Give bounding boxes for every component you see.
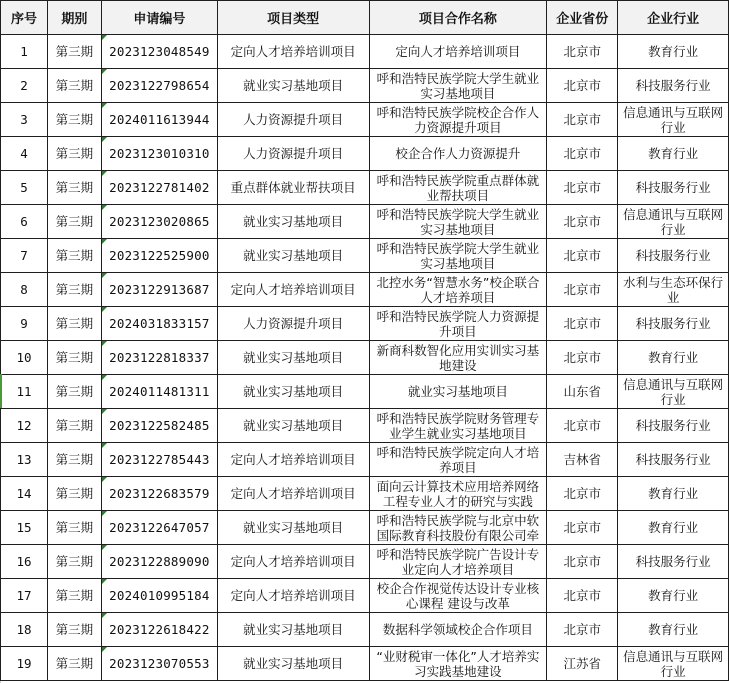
application-code-text: 2023122618422: [109, 622, 209, 637]
table-row: 13第三期2023122785443定向人才培养培训项目呼和浩特民族学院定向人才…: [1, 443, 729, 477]
application-code-cell[interactable]: 2023122818337: [101, 341, 217, 375]
table-row: 8第三期2023122913687定向人才培养培训项目北控水务“智慧水务”校企联…: [1, 273, 729, 307]
industry-cell[interactable]: 信息通讯与互联网行业: [618, 375, 729, 409]
province-cell[interactable]: 北京市: [547, 613, 618, 647]
number-as-text-marker-icon: [102, 205, 107, 210]
province-cell[interactable]: 北京市: [547, 171, 618, 205]
project-name-cell[interactable]: 呼和浩特民族学院财务管理专业学生就业实习基地项目: [369, 409, 547, 443]
table-row: 1第三期2023123048549定向人才培养培训项目定向人才培养培训项目北京市…: [1, 35, 729, 69]
number-as-text-marker-icon: [102, 171, 107, 176]
project-type-cell[interactable]: 就业实习基地项目: [217, 239, 369, 273]
application-code-text: 2023122798654: [109, 78, 209, 93]
project-type-cell[interactable]: 人力资源提升项目: [217, 103, 369, 137]
project-name-cell[interactable]: 呼和浩特民族学院大学生就业实习基地项目: [369, 239, 547, 273]
table-row: 10第三期2023122818337就业实习基地项目新商科数智化应用实训实习基地…: [1, 341, 729, 375]
application-code-cell[interactable]: 2023122781402: [101, 171, 217, 205]
project-name-cell[interactable]: 呼和浩特民族学院重点群体就业帮扶项目: [369, 171, 547, 205]
row-number-cell[interactable]: 16: [1, 545, 48, 579]
row-number-cell[interactable]: 18: [1, 613, 48, 647]
number-as-text-marker-icon: [102, 647, 107, 652]
project-name-cell[interactable]: 新商科数智化应用实训实习基地建设: [369, 341, 547, 375]
application-code-text: 2024011481311: [109, 384, 209, 399]
row-number-cell[interactable]: 6: [1, 205, 48, 239]
number-as-text-marker-icon: [102, 613, 107, 618]
table-row: 18第三期2023122618422就业实习基地项目数据科学领域校企合作项目北京…: [1, 613, 729, 647]
row-number-cell[interactable]: 1: [1, 35, 48, 69]
header-cell-no[interactable]: 序号: [1, 1, 48, 35]
industry-cell[interactable]: 科技服务行业: [618, 409, 729, 443]
number-as-text-marker-icon: [102, 35, 107, 40]
industry-cell[interactable]: 科技服务行业: [618, 443, 729, 477]
application-code-text: 2024010995184: [109, 588, 209, 603]
province-cell[interactable]: 北京市: [547, 511, 618, 545]
industry-cell[interactable]: 科技服务行业: [618, 307, 729, 341]
project-type-cell[interactable]: 定向人才培养培训项目: [217, 35, 369, 69]
project-name-cell[interactable]: 定向人才培养培训项目: [369, 35, 547, 69]
number-as-text-marker-icon: [102, 477, 107, 482]
project-name-cell[interactable]: 校企合作人力资源提升: [369, 137, 547, 171]
row-number-cell[interactable]: 9: [1, 307, 48, 341]
application-code-text: 2023122889090: [109, 554, 209, 569]
application-code-cell[interactable]: 2024011613944: [101, 103, 217, 137]
industry-cell[interactable]: 科技服务行业: [618, 239, 729, 273]
number-as-text-marker-icon: [102, 307, 107, 312]
period-cell[interactable]: 第三期: [47, 409, 101, 443]
project-type-cell[interactable]: 就业实习基地项目: [217, 341, 369, 375]
number-as-text-marker-icon: [102, 341, 107, 346]
period-cell[interactable]: 第三期: [47, 205, 101, 239]
project-name-cell[interactable]: 呼和浩特民族学院大学生就业实习基地项目: [369, 69, 547, 103]
industry-cell[interactable]: 信息通讯与互联网行业: [618, 103, 729, 137]
table-row: 9第三期2024031833157人力资源提升项目呼和浩特民族学院人力资源提升项…: [1, 307, 729, 341]
industry-cell[interactable]: 教育行业: [618, 35, 729, 69]
row-selection-indicator: [0, 374, 2, 408]
header-cell-type[interactable]: 项目类型: [217, 1, 369, 35]
application-code-cell[interactable]: 2023122618422: [101, 613, 217, 647]
project-type-cell[interactable]: 就业实习基地项目: [217, 69, 369, 103]
project-name-cell[interactable]: 面向云计算技术应用培养网络工程专业人才的研究与实践: [369, 477, 547, 511]
application-code-cell[interactable]: 2023123020865: [101, 205, 217, 239]
project-type-cell[interactable]: 就业实习基地项目: [217, 409, 369, 443]
application-code-cell[interactable]: 2023123010310: [101, 137, 217, 171]
application-code-cell[interactable]: 2023122647057: [101, 511, 217, 545]
project-type-cell[interactable]: 人力资源提升项目: [217, 307, 369, 341]
industry-cell[interactable]: 教育行业: [618, 137, 729, 171]
header-cell-industry[interactable]: 企业行业: [618, 1, 729, 35]
number-as-text-marker-icon: [102, 409, 107, 414]
row-number-cell[interactable]: 7: [1, 239, 48, 273]
period-cell[interactable]: 第三期: [47, 35, 101, 69]
project-name-cell[interactable]: 呼和浩特民族学院广告设计专业定向人才培养项目: [369, 545, 547, 579]
province-cell[interactable]: 北京市: [547, 103, 618, 137]
row-number-cell[interactable]: 10: [1, 341, 48, 375]
province-cell[interactable]: 北京市: [547, 137, 618, 171]
industry-cell[interactable]: 水利与生态环保行业: [618, 273, 729, 307]
industry-cell[interactable]: 教育行业: [618, 341, 729, 375]
project-type-cell[interactable]: 定向人才培养培训项目: [217, 443, 369, 477]
spreadsheet-sheet: 序号 期别 申请编号 项目类型 项目合作名称 企业省份 企业行业 1第三期202…: [0, 0, 729, 683]
industry-cell[interactable]: 科技服务行业: [618, 69, 729, 103]
application-code-text: 2023122781402: [109, 180, 209, 195]
province-cell[interactable]: 江苏省: [547, 647, 618, 681]
industry-cell[interactable]: 科技服务行业: [618, 171, 729, 205]
application-code-text: 2023122913687: [109, 282, 209, 297]
header-cell-name[interactable]: 项目合作名称: [369, 1, 547, 35]
application-code-text: 2023122818337: [109, 350, 209, 365]
project-name-cell[interactable]: 数据科学领域校企合作项目: [369, 613, 547, 647]
application-code-cell[interactable]: 2023122913687: [101, 273, 217, 307]
row-number-cell[interactable]: 12: [1, 409, 48, 443]
period-cell[interactable]: 第三期: [47, 341, 101, 375]
period-cell[interactable]: 第三期: [47, 613, 101, 647]
application-code-text: 2024011613944: [109, 112, 209, 127]
project-type-cell[interactable]: 就业实习基地项目: [217, 205, 369, 239]
period-cell[interactable]: 第三期: [47, 239, 101, 273]
project-type-cell[interactable]: 定向人才培养培训项目: [217, 477, 369, 511]
province-cell[interactable]: 北京市: [547, 409, 618, 443]
period-cell[interactable]: 第三期: [47, 69, 101, 103]
table-row: 6第三期2023123020865就业实习基地项目呼和浩特民族学院大学生就业实习…: [1, 205, 729, 239]
project-name-cell[interactable]: 呼和浩特民族学院定向人才培养项目: [369, 443, 547, 477]
province-cell[interactable]: 北京市: [547, 239, 618, 273]
industry-cell[interactable]: 信息通讯与互联网行业: [618, 205, 729, 239]
province-cell[interactable]: 山东省: [547, 375, 618, 409]
province-cell[interactable]: 北京市: [547, 307, 618, 341]
header-cell-province[interactable]: 企业省份: [547, 1, 618, 35]
application-code-text: 2023122525900: [109, 248, 209, 263]
row-number-cell[interactable]: 13: [1, 443, 48, 477]
period-cell[interactable]: 第三期: [47, 647, 101, 681]
header-row: 序号 期别 申请编号 项目类型 项目合作名称 企业省份 企业行业: [1, 1, 729, 35]
project-type-cell[interactable]: 定向人才培养培训项目: [217, 545, 369, 579]
row-number-cell[interactable]: 11: [1, 375, 48, 409]
application-code-text: 2023122785443: [109, 452, 209, 467]
period-cell[interactable]: 第三期: [47, 137, 101, 171]
project-type-cell[interactable]: 就业实习基地项目: [217, 511, 369, 545]
project-name-cell[interactable]: 呼和浩特民族学院人力资源提升项目: [369, 307, 547, 341]
number-as-text-marker-icon: [102, 545, 107, 550]
application-code-cell[interactable]: 2023122683579: [101, 477, 217, 511]
header-cell-period[interactable]: 期别: [47, 1, 101, 35]
province-cell[interactable]: 北京市: [547, 69, 618, 103]
period-cell[interactable]: 第三期: [47, 171, 101, 205]
number-as-text-marker-icon: [102, 443, 107, 448]
application-code-text: 2023123020865: [109, 214, 209, 229]
province-cell[interactable]: 北京市: [547, 477, 618, 511]
table-row: 3第三期2024011613944人力资源提升项目呼和浩特民族学院校企合作人力资…: [1, 103, 729, 137]
table-row: 16第三期2023122889090定向人才培养培训项目呼和浩特民族学院广告设计…: [1, 545, 729, 579]
project-type-cell[interactable]: 定向人才培养培训项目: [217, 579, 369, 613]
project-name-cell[interactable]: 就业实习基地项目: [369, 375, 547, 409]
table-row: 11第三期2024011481311就业实习基地项目就业实习基地项目山东省信息通…: [1, 375, 729, 409]
project-name-cell[interactable]: “业财税审一体化”人才培养实习实践基地建设: [369, 647, 547, 681]
project-type-cell[interactable]: 就业实习基地项目: [217, 613, 369, 647]
project-name-cell[interactable]: 北控水务“智慧水务”校企联合人才培养项目: [369, 273, 547, 307]
period-cell[interactable]: 第三期: [47, 443, 101, 477]
number-as-text-marker-icon: [102, 511, 107, 516]
row-number-cell[interactable]: 5: [1, 171, 48, 205]
project-name-cell[interactable]: 呼和浩特民族学院校企合作人力资源提升项目: [369, 103, 547, 137]
application-code-cell[interactable]: 2023122582485: [101, 409, 217, 443]
table-row: 2第三期2023122798654就业实习基地项目呼和浩特民族学院大学生就业实习…: [1, 69, 729, 103]
project-type-cell[interactable]: 人力资源提升项目: [217, 137, 369, 171]
application-code-cell[interactable]: 2023122798654: [101, 69, 217, 103]
project-table: 序号 期别 申请编号 项目类型 项目合作名称 企业省份 企业行业 1第三期202…: [0, 0, 729, 681]
province-cell[interactable]: 吉林省: [547, 443, 618, 477]
header-cell-code[interactable]: 申请编号: [101, 1, 217, 35]
number-as-text-marker-icon: [102, 273, 107, 278]
table-row: 19第三期2023123070553就业实习基地项目“业财税审一体化”人才培养实…: [1, 647, 729, 681]
application-code-text: 2023122647057: [109, 520, 209, 535]
province-cell[interactable]: 北京市: [547, 341, 618, 375]
row-number-cell[interactable]: 17: [1, 579, 48, 613]
application-code-cell[interactable]: 2023122785443: [101, 443, 217, 477]
application-code-text: 2023123048549: [109, 44, 209, 59]
table-row: 17第三期2024010995184定向人才培养培训项目校企合作视觉传达设计专业…: [1, 579, 729, 613]
row-number-cell[interactable]: 3: [1, 103, 48, 137]
table-row: 5第三期2023122781402重点群体就业帮扶项目呼和浩特民族学院重点群体就…: [1, 171, 729, 205]
number-as-text-marker-icon: [102, 137, 107, 142]
industry-cell[interactable]: 信息通讯与互联网行业: [618, 647, 729, 681]
table-row: 12第三期2023122582485就业实习基地项目呼和浩特民族学院财务管理专业…: [1, 409, 729, 443]
application-code-cell[interactable]: 2024010995184: [101, 579, 217, 613]
period-cell[interactable]: 第三期: [47, 511, 101, 545]
project-name-cell[interactable]: 呼和浩特民族学院大学生就业实习基地项目: [369, 205, 547, 239]
province-cell[interactable]: 北京市: [547, 205, 618, 239]
number-as-text-marker-icon: [102, 579, 107, 584]
industry-cell[interactable]: 科技服务行业: [618, 545, 729, 579]
project-type-cell[interactable]: 定向人才培养培训项目: [217, 273, 369, 307]
application-code-cell[interactable]: 2023123048549: [101, 35, 217, 69]
project-name-cell[interactable]: 校企合作视觉传达设计专业核心课程 建设与改革: [369, 579, 547, 613]
province-cell[interactable]: 北京市: [547, 579, 618, 613]
row-number-cell[interactable]: 19: [1, 647, 48, 681]
application-code-text: 2023122582485: [109, 418, 209, 433]
application-code-text: 2023123010310: [109, 146, 209, 161]
row-number-cell[interactable]: 15: [1, 511, 48, 545]
row-number-cell[interactable]: 2: [1, 69, 48, 103]
industry-cell[interactable]: 教育行业: [618, 613, 729, 647]
application-code-cell[interactable]: 2023123070553: [101, 647, 217, 681]
application-code-text: 2023123070553: [109, 656, 209, 671]
period-cell[interactable]: 第三期: [47, 545, 101, 579]
application-code-cell[interactable]: 2024011481311: [101, 375, 217, 409]
period-cell[interactable]: 第三期: [47, 307, 101, 341]
application-code-text: 2024031833157: [109, 316, 209, 331]
number-as-text-marker-icon: [102, 69, 107, 74]
period-cell[interactable]: 第三期: [47, 477, 101, 511]
project-type-cell[interactable]: 就业实习基地项目: [217, 375, 369, 409]
period-cell[interactable]: 第三期: [47, 273, 101, 307]
industry-cell[interactable]: 教育行业: [618, 579, 729, 613]
table-row: 14第三期2023122683579定向人才培养培训项目面向云计算技术应用培养网…: [1, 477, 729, 511]
application-code-cell[interactable]: 2024031833157: [101, 307, 217, 341]
industry-cell[interactable]: 教育行业: [618, 511, 729, 545]
period-cell[interactable]: 第三期: [47, 375, 101, 409]
province-cell[interactable]: 北京市: [547, 35, 618, 69]
row-number-cell[interactable]: 14: [1, 477, 48, 511]
application-code-text: 2023122683579: [109, 486, 209, 501]
period-cell[interactable]: 第三期: [47, 579, 101, 613]
number-as-text-marker-icon: [102, 239, 107, 244]
project-type-cell[interactable]: 重点群体就业帮扶项目: [217, 171, 369, 205]
period-cell[interactable]: 第三期: [47, 103, 101, 137]
application-code-cell[interactable]: 2023122889090: [101, 545, 217, 579]
table-row: 15第三期2023122647057就业实习基地项目呼和浩特民族学院与北京中软国…: [1, 511, 729, 545]
province-cell[interactable]: 北京市: [547, 545, 618, 579]
application-code-cell[interactable]: 2023122525900: [101, 239, 217, 273]
row-number-cell[interactable]: 8: [1, 273, 48, 307]
project-type-cell[interactable]: 就业实习基地项目: [217, 647, 369, 681]
table-row: 4第三期2023123010310人力资源提升项目校企合作人力资源提升北京市教育…: [1, 137, 729, 171]
number-as-text-marker-icon: [102, 375, 107, 380]
industry-cell[interactable]: 教育行业: [618, 477, 729, 511]
table-row: 7第三期2023122525900就业实习基地项目呼和浩特民族学院大学生就业实习…: [1, 239, 729, 273]
province-cell[interactable]: 北京市: [547, 273, 618, 307]
row-number-cell[interactable]: 4: [1, 137, 48, 171]
project-name-cell[interactable]: 呼和浩特民族学院与北京中软国际教育科技股份有限公司牵: [369, 511, 547, 545]
number-as-text-marker-icon: [102, 103, 107, 108]
